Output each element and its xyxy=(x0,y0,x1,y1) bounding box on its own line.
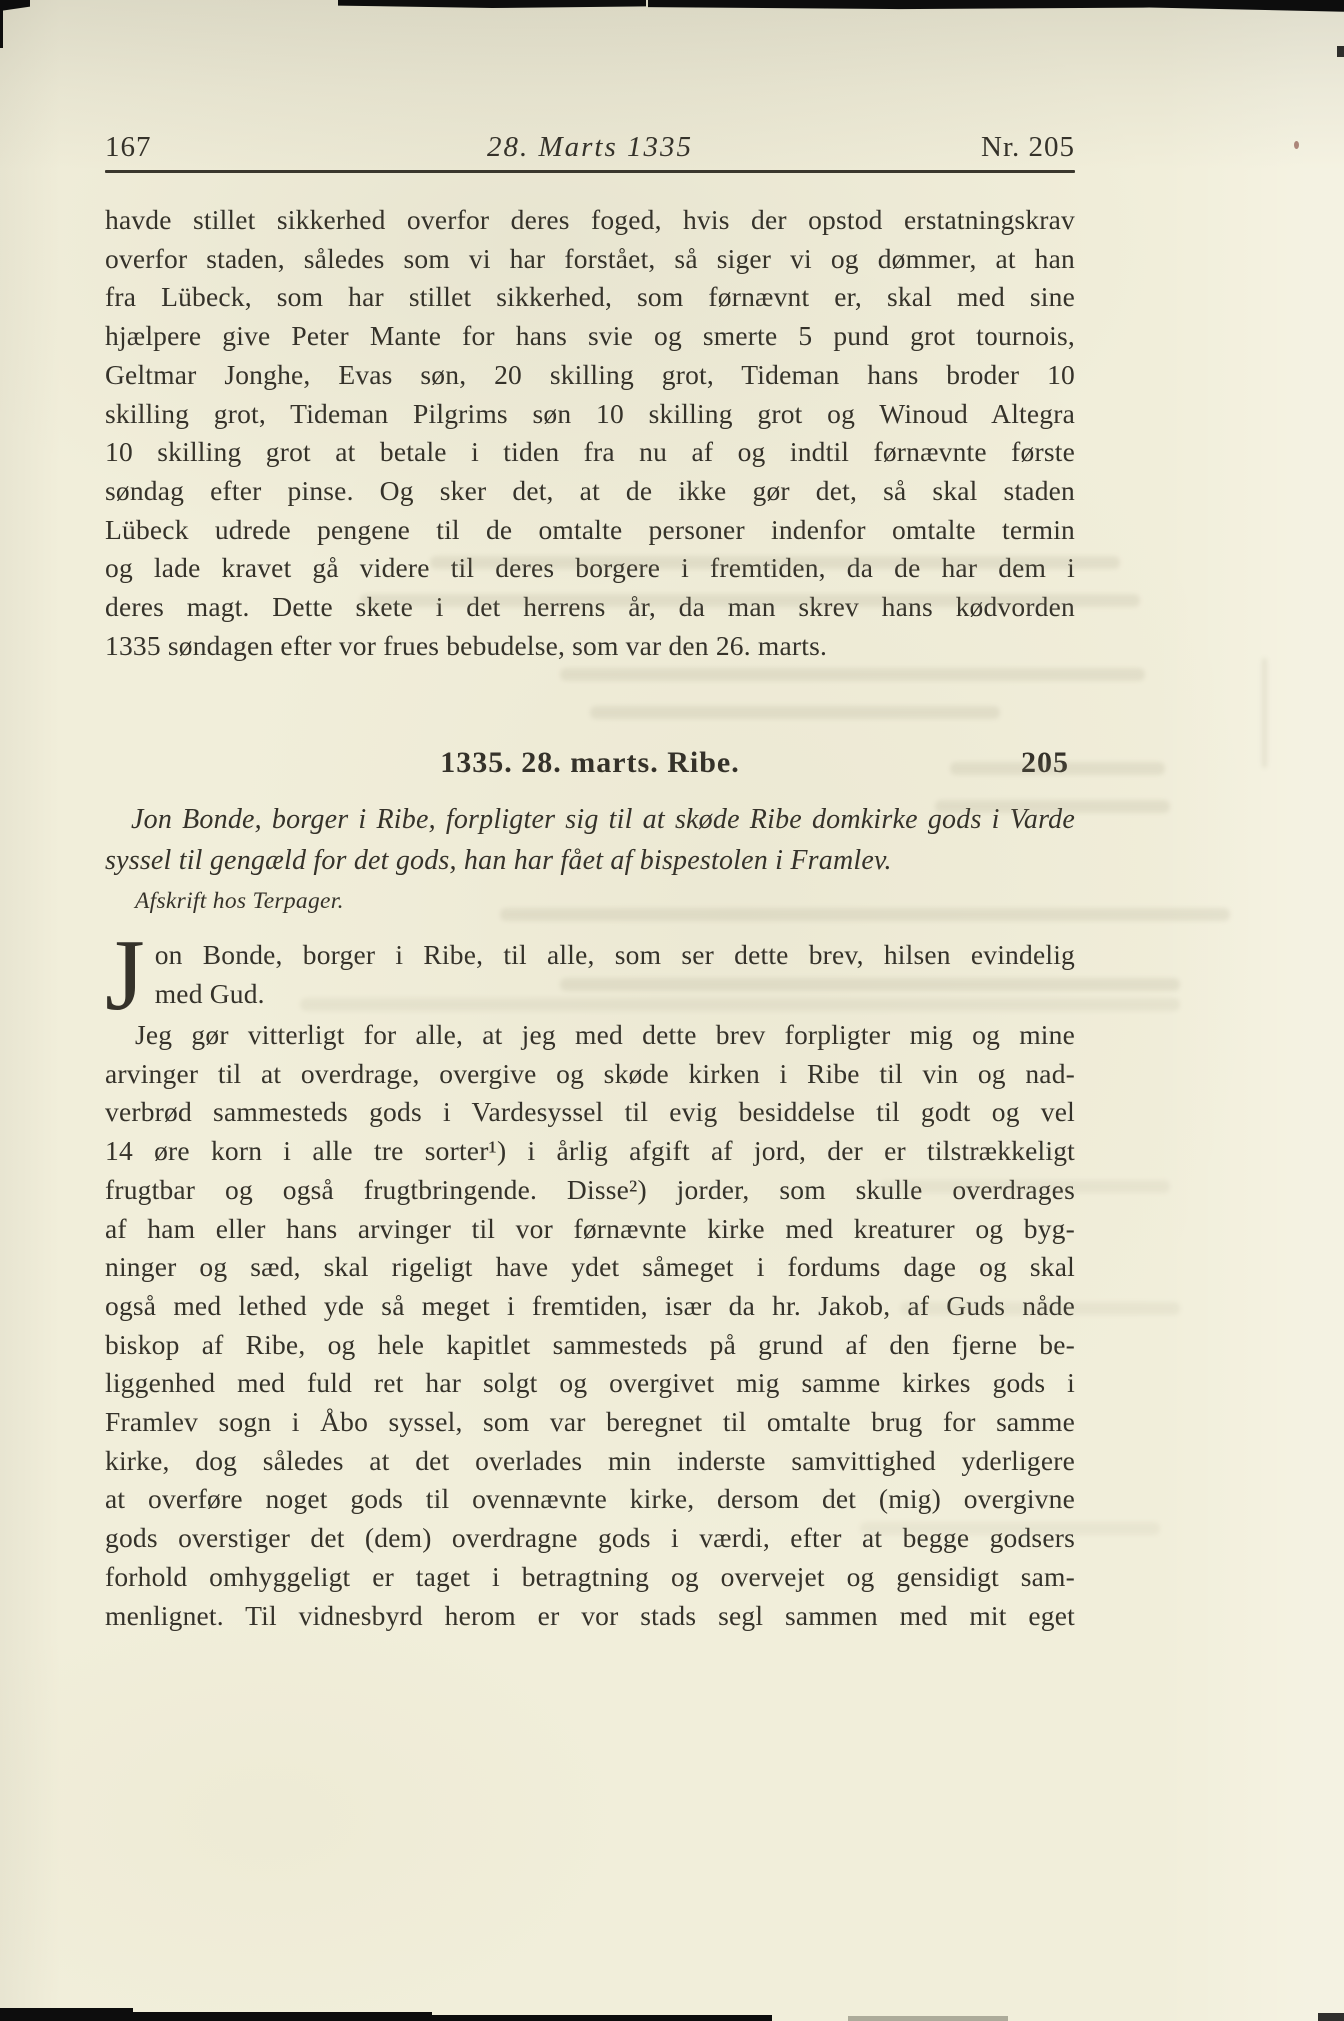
scanned-book-page: 167 28. Marts 1335 Nr. 205 havde stillet… xyxy=(0,0,1344,2021)
bleed-through-artifact xyxy=(880,1180,1170,1193)
text-line: liggenhed med fuld ret har solgt og over… xyxy=(105,1364,1075,1403)
body-paragraph: Jeg gør vitterligt for alle, at jeg med … xyxy=(105,1016,1075,1635)
text-line: havde stillet sikkerhed overfor deres fo… xyxy=(105,201,1075,240)
text-line: menlignet. Til vidnesbyrd herom er vor s… xyxy=(105,1597,1075,1636)
page-header: 167 28. Marts 1335 Nr. 205 xyxy=(105,131,1075,164)
running-title: 28. Marts 1335 xyxy=(487,131,693,164)
scan-edge-artifact xyxy=(648,0,1344,13)
entry-summary: Jon Bonde, borger i Ribe, forpligter sig… xyxy=(105,799,1075,881)
bleed-through-artifact xyxy=(860,1522,1160,1535)
text-line: forhold omhyggeligt er taget i betragtni… xyxy=(105,1558,1075,1597)
header-rule xyxy=(105,170,1075,173)
text-line: Geltmar Jonghe, Evas søn, 20 skilling gr… xyxy=(105,356,1075,395)
ink-speck-artifact xyxy=(1294,141,1299,149)
bleed-through-artifact xyxy=(1262,658,1267,768)
document-number: Nr. 205 xyxy=(981,131,1075,164)
text-line: fra Lübeck, som har stillet sikkerhed, s… xyxy=(105,278,1075,317)
text-line: Jeg gør vitterligt for alle, at jeg med … xyxy=(105,1016,1075,1055)
text-line: 14 øre korn i alle tre sorter¹) i årlig … xyxy=(105,1132,1075,1171)
bleed-through-artifact xyxy=(360,594,1140,607)
text-line: arvinger til at overdrage, overgive og s… xyxy=(105,1055,1075,1094)
text-line: Jon Bonde, borger i Ribe, forpligter sig… xyxy=(105,799,1075,840)
text-line: at overføre noget gods til ovennævnte ki… xyxy=(105,1480,1075,1519)
scan-edge-artifact xyxy=(0,0,3,48)
text-line: overfor staden, således som vi har forst… xyxy=(105,240,1075,279)
bleed-through-artifact xyxy=(500,908,1230,921)
scan-edge-artifact xyxy=(848,2016,1008,2021)
text-line: 10 skilling grot at betale i tiden fra n… xyxy=(105,433,1075,472)
bleed-through-artifact xyxy=(935,800,1170,813)
scan-edge-artifact xyxy=(0,0,30,11)
text-line: biskop af Ribe, og hele kapitlet sammest… xyxy=(105,1326,1075,1365)
bleed-through-artifact xyxy=(430,556,1120,569)
scan-edge-artifact xyxy=(430,2015,772,2021)
text-line: skilling grot, Tideman Pilgrims søn 10 s… xyxy=(105,395,1075,434)
text-line: hjælpere give Peter Mante for hans svie … xyxy=(105,317,1075,356)
bleed-through-artifact xyxy=(560,978,1180,991)
scan-edge-artifact xyxy=(1337,46,1344,57)
text-line: Framlev sogn i Åbo syssel, som var bereg… xyxy=(105,1403,1075,1442)
text-line: verbrød sammesteds gods i Vardesyssel ti… xyxy=(105,1093,1075,1132)
text-line: af ham eller hans arvinger til vor førnæ… xyxy=(105,1210,1075,1249)
entry-heading-row: 1335. 28. marts. Ribe. 205 xyxy=(105,746,1075,788)
bleed-through-artifact xyxy=(300,998,1180,1011)
scan-edge-artifact xyxy=(1318,2013,1344,2021)
text-line: ninger og sæd, skal rigeligt have ydet s… xyxy=(105,1248,1075,1287)
drop-cap-initial: J xyxy=(105,936,155,1022)
scan-edge-artifact xyxy=(0,2008,133,2021)
scan-edge-artifact xyxy=(130,2012,432,2021)
entry-date-heading: 1335. 28. marts. Ribe. xyxy=(105,746,1075,780)
scan-edge-artifact xyxy=(338,0,646,8)
bleed-through-artifact xyxy=(900,1302,1180,1315)
text-line: Lübeck udrede pengene til de omtalte per… xyxy=(105,511,1075,550)
text-line: on Bonde, borger i Ribe, til alle, som s… xyxy=(105,936,1075,975)
page-number: 167 xyxy=(105,131,152,164)
text-line: syssel til gengæld for det gods, han har… xyxy=(105,840,1075,881)
text-line: søndag efter pinse. Og sker det, at de i… xyxy=(105,472,1075,511)
text-line: 1335 søndagen efter vor frues bebudelse,… xyxy=(105,627,1075,666)
bleed-through-artifact xyxy=(560,668,1145,681)
text-line: kirke, dog således at det overlades min … xyxy=(105,1442,1075,1481)
bleed-through-artifact xyxy=(590,706,1000,719)
bleed-through-artifact xyxy=(950,762,1165,775)
